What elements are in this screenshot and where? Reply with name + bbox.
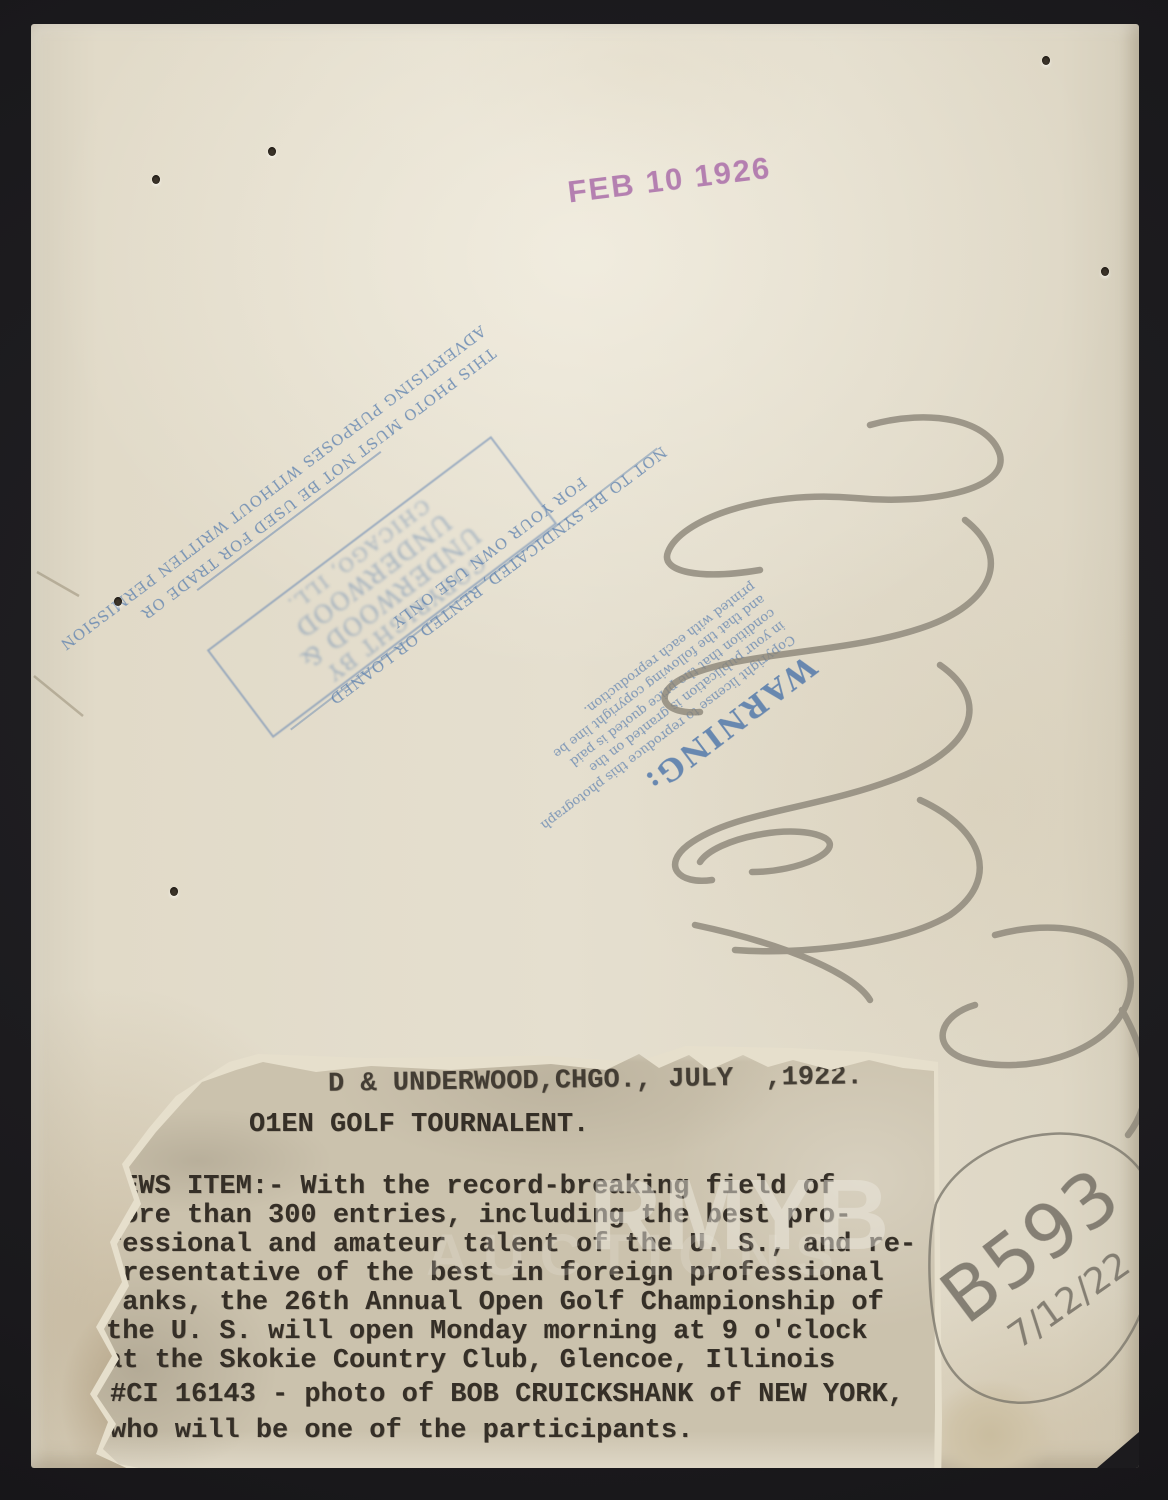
warning-stamp: WARNING: Copyright license to reproduce … xyxy=(480,577,823,878)
caption-body-line: the U. S. will open Monday morning at 9 … xyxy=(106,1317,868,1347)
caption-body-line: ranks, the 26th Annual Open Golf Champio… xyxy=(106,1288,884,1318)
pinhole xyxy=(170,887,178,896)
photo-paper: FEB 10 1926 THIS PHOTO MUST NOT BE USED … xyxy=(31,24,1139,1468)
caption-body-line: at the Skokie Country Club, Glencoe, Ill… xyxy=(106,1346,835,1376)
pinhole xyxy=(268,147,276,156)
pinhole xyxy=(1042,56,1050,65)
caption-title: O1EN GOLF TOURNALENT. xyxy=(249,1110,589,1140)
frame-background: FEB 10 1926 THIS PHOTO MUST NOT BE USED … xyxy=(0,0,1168,1500)
corner-notch xyxy=(1097,1432,1139,1468)
warning-line: and that the following copyright line be xyxy=(490,591,768,806)
pinhole xyxy=(152,175,160,184)
caption-credit-line: #CI 16143 - photo of BOB CRUICKSHANK of … xyxy=(110,1380,904,1410)
crease-marks xyxy=(31,544,151,744)
pinhole xyxy=(114,597,122,606)
pencil-annotation: B593 7/12/22 xyxy=(911,1119,1139,1429)
date-received-stamp: FEB 10 1926 xyxy=(566,146,809,211)
caption-credit-line: who will be one of the participants. xyxy=(110,1416,693,1446)
pinhole xyxy=(1101,267,1109,276)
watermark-secondary: AUCTIONS xyxy=(426,1222,849,1289)
